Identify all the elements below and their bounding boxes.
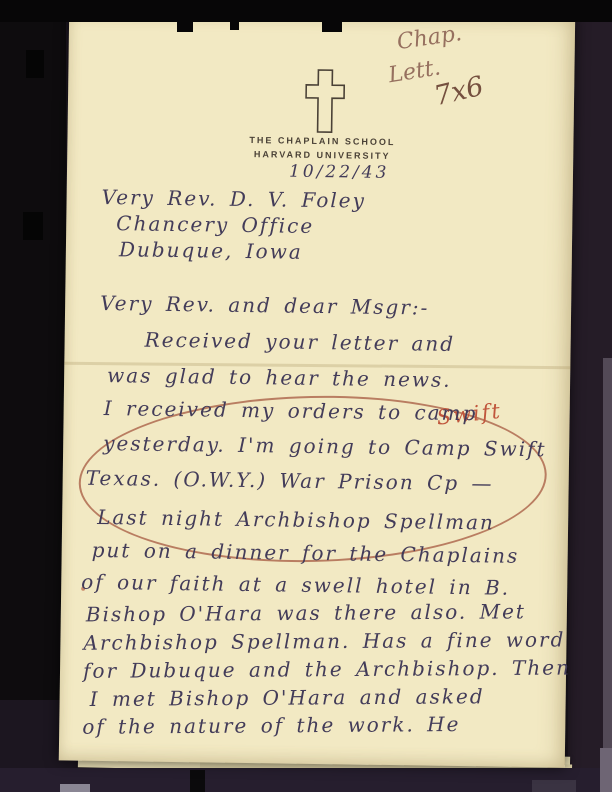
body-line: for Dubuque and the Archbishop. Then (83, 657, 571, 680)
body-line: put on a dinner for the Chaplains (92, 540, 520, 566)
scanner-background-left (0, 0, 66, 700)
cross-icon (305, 69, 346, 134)
scanner-artifact (600, 748, 612, 792)
body-line: Bishop O'Hara was there also. Met (86, 601, 526, 624)
body-line: was glad to hear the news. (107, 365, 452, 390)
scanner-clip (190, 770, 205, 792)
scanner-top-bar (0, 0, 612, 22)
binder-clip-shadow (26, 50, 44, 78)
body-line: Last night Archbishop Spellman (97, 507, 495, 533)
body-line: I met Bishop O'Hara and asked (90, 686, 485, 709)
salutation: Very Rev. and dear Msgr:- (100, 293, 429, 318)
binder-clip-shadow (23, 212, 43, 240)
letterhead-university-name: HARVARD UNIVERSITY (207, 148, 437, 161)
archival-note-line: Chap. (396, 23, 464, 54)
letter-date: 10/22/43 (289, 164, 390, 182)
scanner-edge-highlight (603, 358, 612, 792)
scanner-clip (177, 22, 193, 32)
body-line: Texas. (O.W.Y.) War Prison Cp — (86, 468, 494, 494)
scanner-clip (230, 22, 239, 30)
scanned-letter-page: Chap. Lett. 7x6 THE CHAPLAIN SCHOOL HARV… (0, 0, 612, 792)
recipient-office: Chancery Office (116, 213, 314, 236)
body-line: of our faith at a swell hotel in B. (81, 572, 510, 598)
body-line: Received your letter and (145, 330, 456, 354)
body-line: of the nature of the work. He (82, 714, 460, 737)
scanner-bottom-bar (0, 768, 612, 792)
body-line: Archbishop Spellman. Has a fine word (83, 629, 565, 652)
scanner-artifact (532, 780, 576, 792)
scanner-artifact (60, 784, 90, 792)
letter-sheet: Chap. Lett. 7x6 THE CHAPLAIN SCHOOL HARV… (59, 9, 575, 768)
body-line: I received my orders to camp (104, 398, 478, 423)
recipient-name: Very Rev. D. V. Foley (102, 187, 367, 211)
scanner-clip (322, 22, 342, 32)
letterhead-school-name: THE CHAPLAIN SCHOOL (207, 134, 437, 147)
recipient-city: Dubuque, Iowa (119, 239, 303, 262)
body-line: yesterday. I'm going to Camp Swift (103, 433, 547, 459)
